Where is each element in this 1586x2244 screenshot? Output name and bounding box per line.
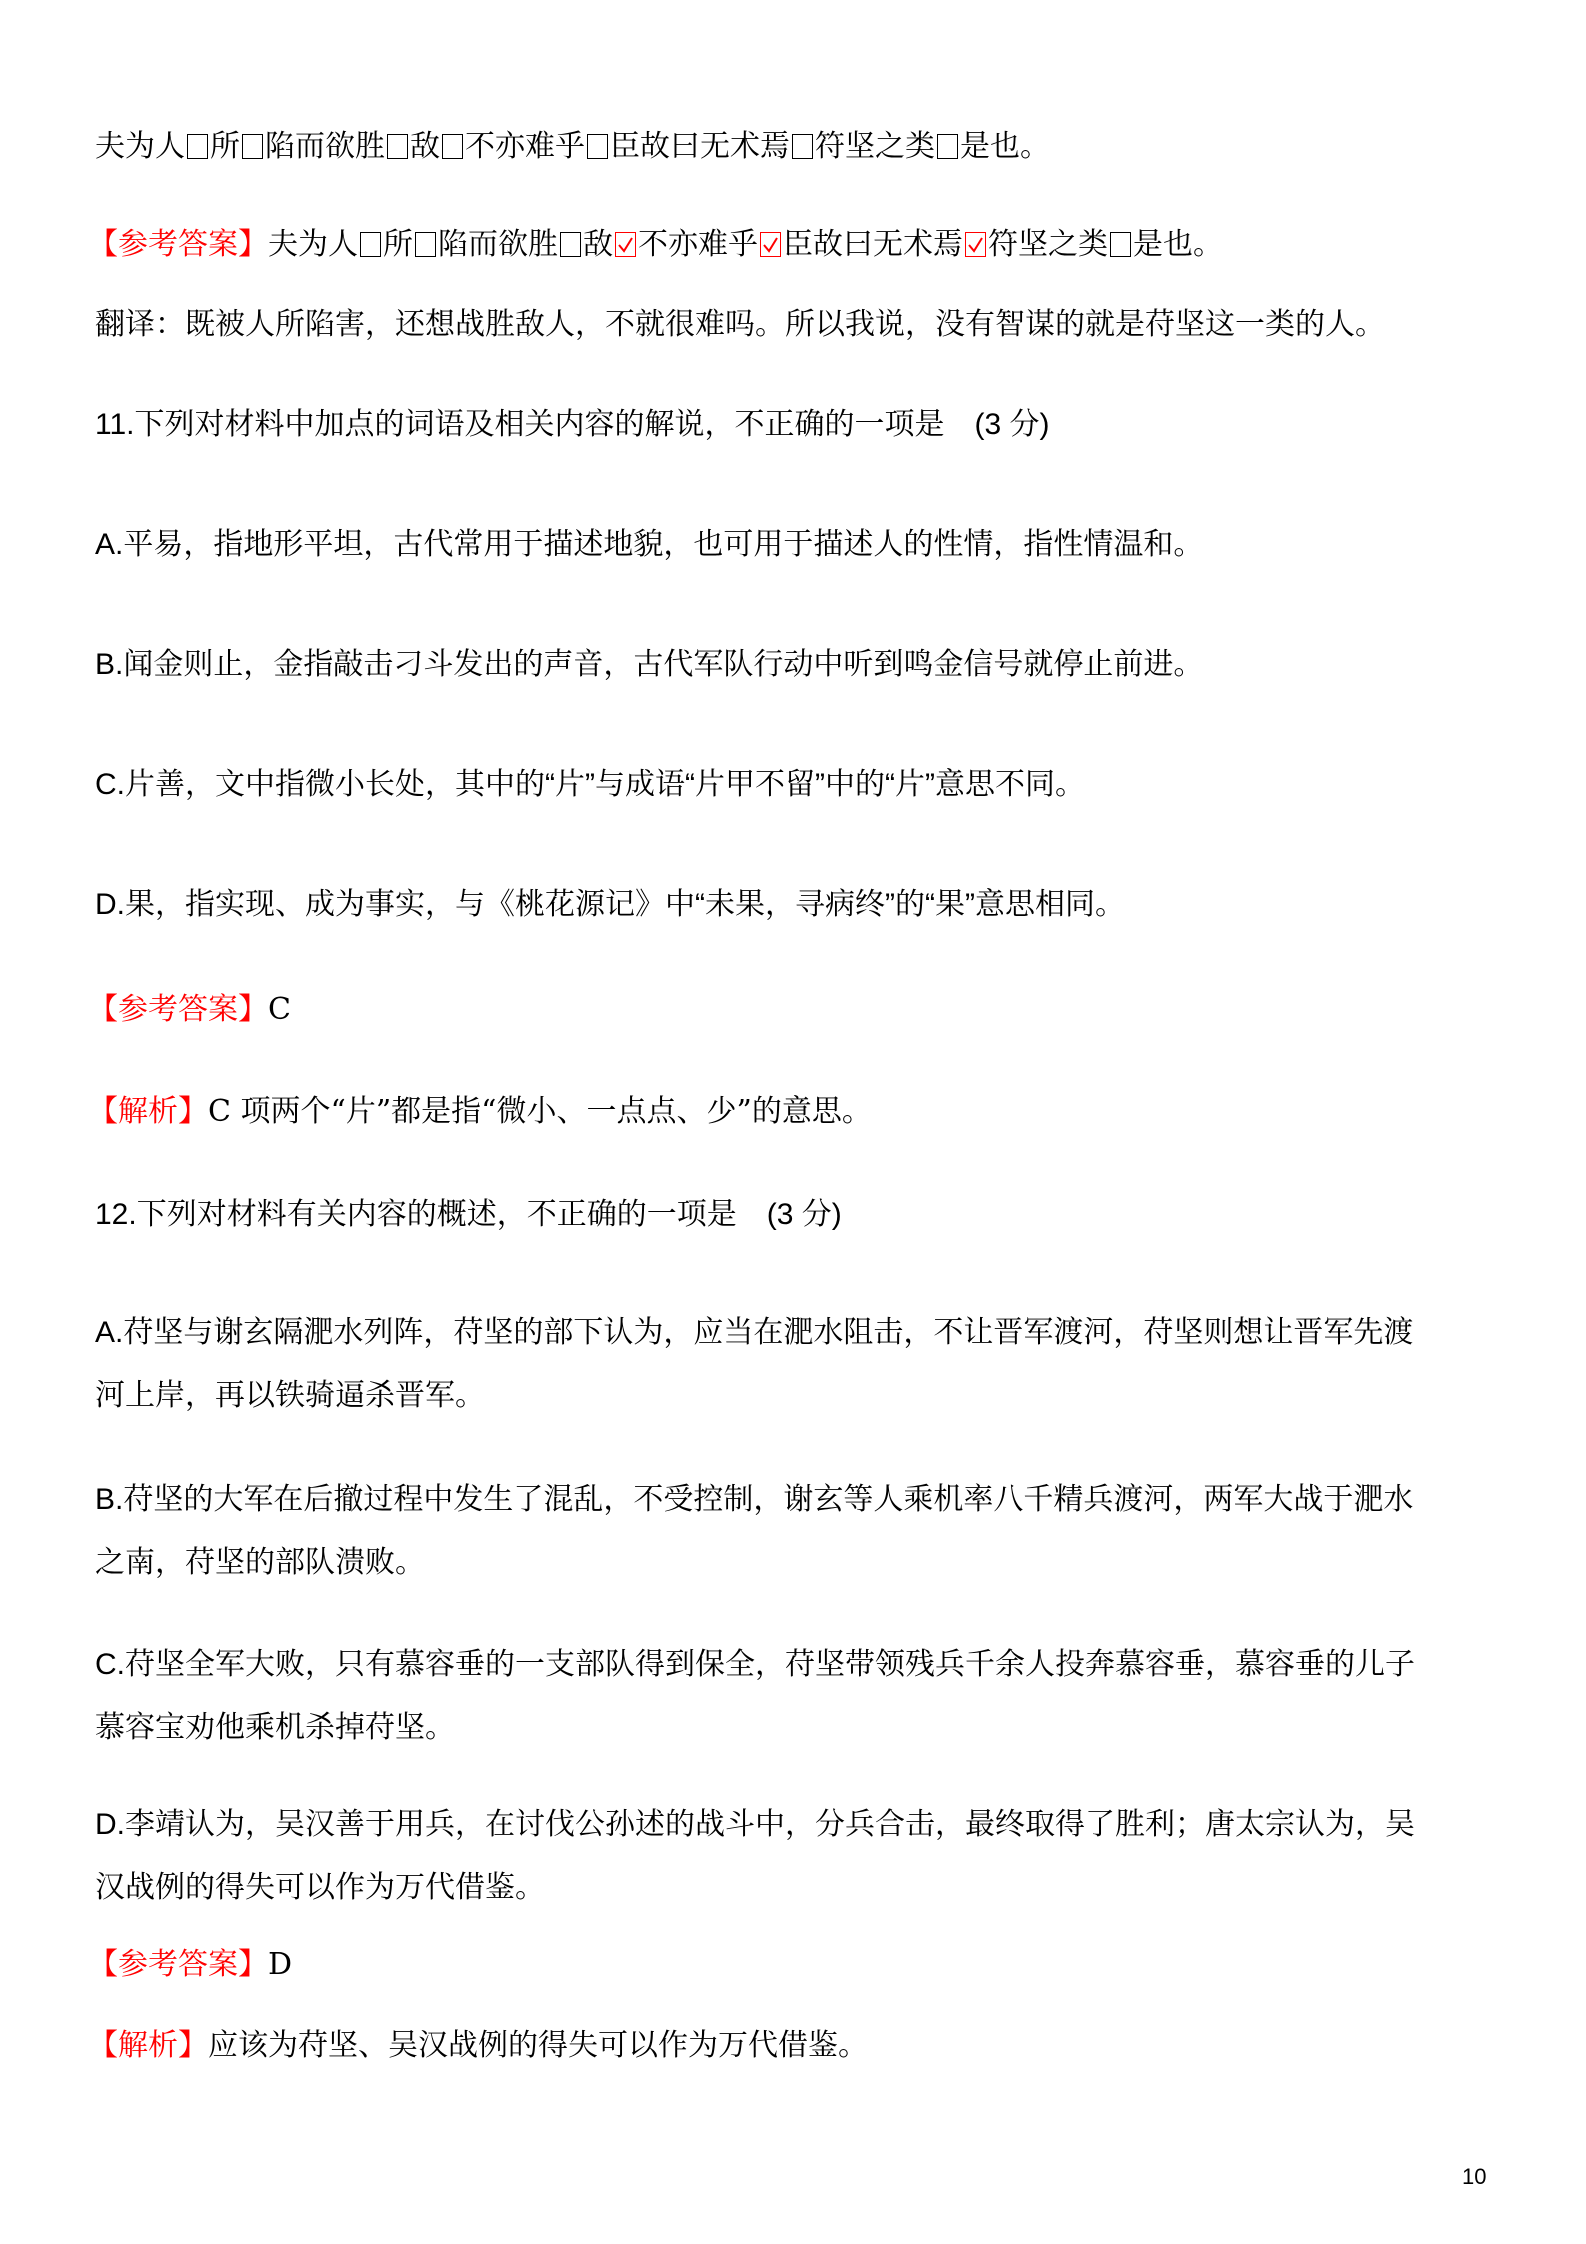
option-letter: D. xyxy=(95,888,125,921)
q12-option-a: A.苻坚与谢玄隔淝水列阵，苻坚的部下认为，应当在淝水阻击，不让晋军渡河，苻坚则想… xyxy=(95,1313,1413,1353)
option-text: 李靖认为，吴汉善于用兵，在讨伐公孙述的战斗中，分兵合击，最终取得了胜利；唐太宗认… xyxy=(125,1808,1415,1841)
passage-segment: 不亦难乎 xyxy=(465,129,585,164)
option-text: 闻金则止，金指敲击刁斗发出的声音，古代军队行动中听到鸣金信号就停止前进。 xyxy=(123,648,1203,681)
answer-segment: 夫为人 xyxy=(268,227,358,262)
answer-label: 【参考答案】 xyxy=(88,992,268,1027)
q12-option-d-cont: 汉战例的得失可以作为万代借鉴。 xyxy=(95,1868,545,1908)
answer-segment: 臣故曰无术焉 xyxy=(783,227,963,262)
passage-segment: 是也。 xyxy=(960,129,1050,164)
answer-label: 【参考答案】 xyxy=(88,227,268,262)
option-text: 苻坚全军大败，只有慕容垂的一支部队得到保全，苻坚带领残兵千余人投奔慕容垂，慕容垂… xyxy=(125,1648,1415,1681)
option-letter: C. xyxy=(95,768,125,801)
q12-option-d: D.李靖认为，吴汉善于用兵，在讨伐公孙述的战斗中，分兵合击，最终取得了胜利；唐太… xyxy=(95,1805,1415,1845)
option-text: 果，指实现、成为事实，与《桃花源记》中“未果，寻病终”的“果”意思相同。 xyxy=(125,888,1125,921)
q11-option-a: A.平易，指地形平坦，古代常用于描述地貌，也可用于描述人的性情，指性情温和。 xyxy=(95,525,1203,565)
passage-segment: 敌 xyxy=(410,129,440,164)
option-text: 平易，指地形平坦，古代常用于描述地貌，也可用于描述人的性情，指性情温和。 xyxy=(123,528,1203,561)
option-text: 苻坚与谢玄隔淝水列阵，苻坚的部下认为，应当在淝水阻击，不让晋军渡河，苻坚则想让晋… xyxy=(123,1316,1413,1349)
q12-option-b: B.苻坚的大军在后撤过程中发生了混乱，不受控制，谢玄等人乘机率八千精兵渡河，两军… xyxy=(95,1480,1413,1520)
empty-box-icon xyxy=(792,134,813,159)
empty-box-icon xyxy=(387,134,408,159)
option-letter: C. xyxy=(95,1648,125,1681)
answer-segment: 所 xyxy=(383,227,413,262)
option-text: 苻坚的大军在后撤过程中发生了混乱，不受控制，谢玄等人乘机率八千精兵渡河，两军大战… xyxy=(123,1483,1413,1516)
answer-value: C xyxy=(268,992,291,1027)
q12-option-c: C.苻坚全军大败，只有慕容垂的一支部队得到保全，苻坚带领残兵千余人投奔慕容垂，慕… xyxy=(95,1645,1415,1685)
empty-box-icon xyxy=(442,134,463,159)
answer-segment: 是也。 xyxy=(1133,227,1223,262)
passage-segment: 夫为人 xyxy=(95,129,185,164)
empty-box-icon xyxy=(937,134,958,159)
empty-box-icon xyxy=(560,232,581,257)
q12-stem: 12.下列对材料有关内容的概述，不正确的一项是 (3 分) xyxy=(95,1195,842,1235)
option-letter: D. xyxy=(95,1808,125,1841)
analysis-label: 【解析】 xyxy=(88,2028,208,2063)
q11-answer: 【参考答案】C xyxy=(88,990,291,1030)
option-text: 片善，文中指微小长处，其中的“片”与成语“片甲不留”中的“片”意思不同。 xyxy=(125,768,1085,801)
q12-option-c-cont: 慕容宝劝他乘机杀掉苻坚。 xyxy=(95,1708,455,1748)
analysis-label: 【解析】 xyxy=(88,1094,208,1129)
option-letter: A. xyxy=(95,528,123,561)
q11-option-d: D.果，指实现、成为事实，与《桃花源记》中“未果，寻病终”的“果”意思相同。 xyxy=(95,885,1125,925)
empty-box-icon xyxy=(587,134,608,159)
analysis-text: 应该为苻坚、吴汉战例的得失可以作为万代借鉴。 xyxy=(208,2028,868,2063)
translation: 翻译：既被人所陷害，还想战胜敌人，不就很难吗。所以我说，没有智谋的就是苻坚这一类… xyxy=(95,305,1385,345)
answer-segment: 敌 xyxy=(583,227,613,262)
option-letter: A. xyxy=(95,1316,123,1349)
analysis-text: C 项两个“片”都是指“微小、一点点、少”的意思。 xyxy=(208,1094,872,1129)
q11-option-c: C.片善，文中指微小长处，其中的“片”与成语“片甲不留”中的“片”意思不同。 xyxy=(95,765,1085,805)
empty-box-icon xyxy=(187,134,208,159)
option-letter: B. xyxy=(95,648,123,681)
empty-box-icon xyxy=(1110,232,1131,257)
empty-box-icon xyxy=(360,232,381,257)
answer-segment: 不亦难乎 xyxy=(638,227,758,262)
empty-box-icon xyxy=(415,232,436,257)
page-number: 10 xyxy=(1462,2164,1486,2190)
q12-analysis: 【解析】应该为苻坚、吴汉战例的得失可以作为万代借鉴。 xyxy=(88,2026,868,2066)
answer-segment: 陷而欲胜 xyxy=(438,227,558,262)
q11-stem: 11.下列对材料中加点的词语及相关内容的解说，不正确的一项是 (3 分) xyxy=(95,405,1049,445)
q12-option-b-cont: 之南，苻坚的部队溃败。 xyxy=(95,1543,425,1583)
empty-box-icon xyxy=(242,134,263,159)
option-letter: B. xyxy=(95,1483,123,1516)
passage-segment: 陷而欲胜 xyxy=(265,129,385,164)
passage-segment: 所 xyxy=(210,129,240,164)
q10-answer-line: 【参考答案】夫为人所陷而欲胜敌不亦难乎臣故曰无术焉符坚之类是也。 xyxy=(88,225,1223,265)
answer-segment: 符坚之类 xyxy=(988,227,1108,262)
checked-box-icon xyxy=(965,232,986,257)
answer-label: 【参考答案】 xyxy=(88,1947,268,1982)
answer-value: D xyxy=(268,1947,292,1982)
passage-segment: 臣故曰无术焉 xyxy=(610,129,790,164)
checked-box-icon xyxy=(760,232,781,257)
q11-analysis: 【解析】C 项两个“片”都是指“微小、一点点、少”的意思。 xyxy=(88,1092,872,1132)
q12-answer: 【参考答案】D xyxy=(88,1945,292,1985)
q12-option-a-cont: 河上岸，再以铁骑逼杀晋军。 xyxy=(95,1376,485,1416)
passage-line: 夫为人所陷而欲胜敌不亦难乎臣故曰无术焉符坚之类是也。 xyxy=(95,127,1050,167)
passage-segment: 符坚之类 xyxy=(815,129,935,164)
checked-box-icon xyxy=(615,232,636,257)
q11-option-b: B.闻金则止，金指敲击刁斗发出的声音，古代军队行动中听到鸣金信号就停止前进。 xyxy=(95,645,1203,685)
